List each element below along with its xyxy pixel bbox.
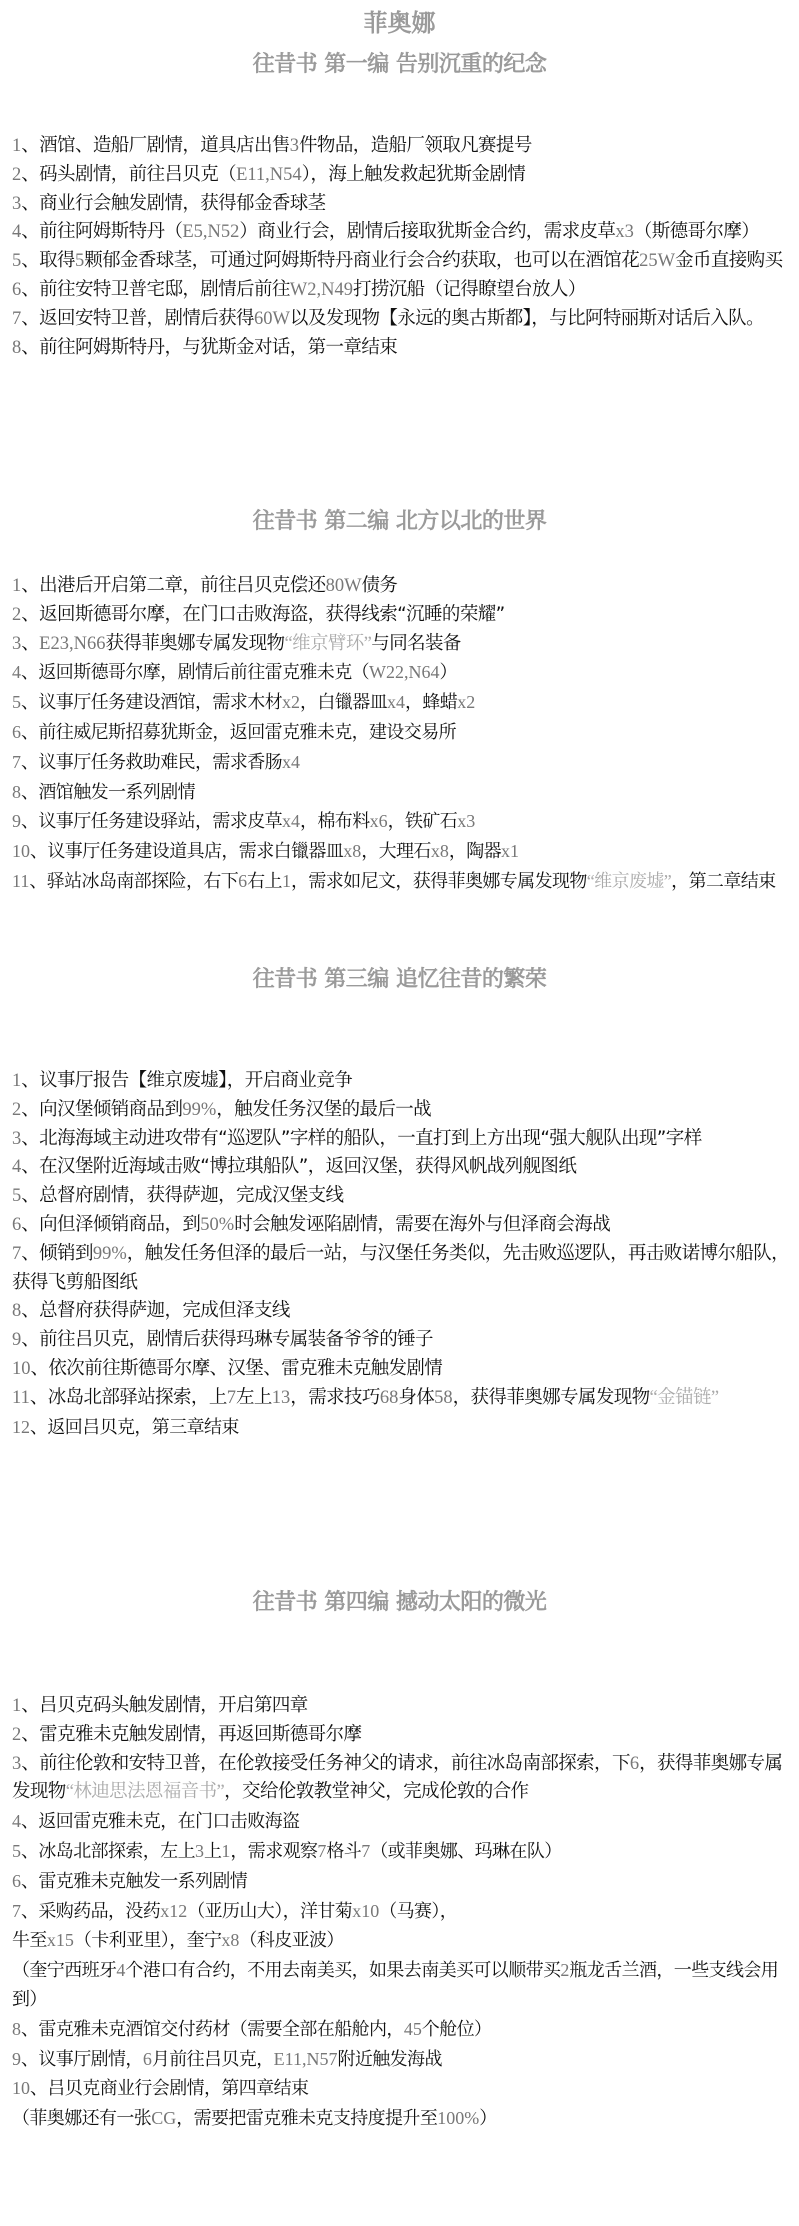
item-text: 月前往吕贝克， <box>152 2049 274 2070</box>
item-text: 、在汉堡附近海域击败“博拉琪船队”，返回汉堡，获得风帆战列舰图纸 <box>21 1156 576 1177</box>
numeric-value: 8 <box>12 782 21 802</box>
numeric-value: 7 <box>12 1901 21 1921</box>
numeric-value: 10 <box>12 2078 30 2098</box>
list-item: 6、前往威尼斯招募犹斯金，返回雷克雅未克，建设交易所 <box>12 718 798 748</box>
numeric-value: 12 <box>12 1417 30 1437</box>
section-title-4: 往昔书 第四编 撼动太阳的微光 <box>0 1588 799 1618</box>
numeric-value: 6 <box>238 871 247 891</box>
item-text: ，触发任务但泽的最后一站，与汉堡任务类似，先击败巡逻队，再击败诺博尔船队，获得飞… <box>12 1243 789 1293</box>
list-item: 5、总督府剧情，获得萨迦，完成汉堡支线 <box>12 1182 798 1211</box>
list-item: 2、雷克雅未克触发剧情，再返回斯德哥尔摩 <box>12 1721 798 1750</box>
item-text: （马赛）， <box>379 1901 457 1922</box>
list-item: 11、冰岛北部驿站探索，上7左上13，需求技巧68身体58，获得菲奥娜专属发现物… <box>12 1384 798 1413</box>
numeric-value: x4 <box>282 752 300 772</box>
numeric-value: x2 <box>282 692 300 712</box>
list-item: 1、酒馆、造船厂剧情，道具店出售3件物品，造船厂领取凡赛提号 <box>12 132 798 161</box>
numeric-value: 6 <box>12 722 21 742</box>
list-item: 1、出港后开启第二章，前往吕贝克偿还80W债务 <box>12 572 798 601</box>
numeric-value: 1 <box>12 1071 21 1091</box>
list-item: 3、前往伦敦和安特卫普，在伦敦接受任务神父的请求，前往冰岛南部探索，下6，获得菲… <box>12 1750 798 1808</box>
numeric-value: x4 <box>387 692 405 712</box>
item-text: ） <box>479 2108 496 2129</box>
item-text: 、议事厅任务救助难民，需求香肠 <box>21 752 282 773</box>
numeric-value: x15 <box>47 1930 74 1950</box>
numeric-value: 6 <box>12 1215 21 1235</box>
item-text: ，陶器 <box>449 841 501 862</box>
item-text: 、议事厅任务建设驿站，需求皮草 <box>21 811 282 832</box>
numeric-value: 10 <box>12 1359 31 1379</box>
item-text: 、返回吕贝克，第三章结束 <box>30 1417 239 1438</box>
item-text: 、前往吕贝克，剧情后获得玛琳专属装备爷爷的锤子 <box>21 1329 433 1350</box>
item-text: 、码头剧情，前往吕贝克（ <box>21 164 236 185</box>
item-text: 、采购药品，没药 <box>21 1901 160 1922</box>
numeric-value: E23,N66 <box>39 634 105 654</box>
item-text: 、议事厅报告【维京废墟】，开启商业竞争 <box>21 1070 352 1091</box>
section-items-2: 1、出港后开启第二章，前往吕贝克偿还80W债务2、返回斯德哥尔摩，在门口击败海盗… <box>12 572 798 897</box>
numeric-value: 3 <box>12 634 21 654</box>
item-text: 、酒馆触发一系列剧情 <box>21 782 195 803</box>
item-text: ），海上触发救起犹斯金剧情 <box>302 164 525 185</box>
numeric-value: 7 <box>12 1244 21 1264</box>
list-item: 4、返回斯德哥尔摩，剧情后前往雷克雅未克（W22,N64） <box>12 658 798 688</box>
item-text: ，蜂蜡 <box>405 692 457 713</box>
numeric-value: x8 <box>431 841 449 861</box>
item-text: 、商业行会触发剧情，获得郁金香球茎 <box>21 193 325 214</box>
numeric-value: 11 <box>12 871 29 891</box>
section-title-1: 往昔书 第一编 告别沉重的纪念 <box>0 50 799 80</box>
numeric-value: 1 <box>282 871 291 891</box>
item-text: 、吕贝克商业行会剧情，第四章结束 <box>30 2078 308 2099</box>
highlighted-item-name: “林迪思法恩福音书” <box>66 1782 224 1802</box>
item-text: （或菲奥娜、玛琳在队） <box>370 1841 561 1862</box>
list-item: 12、返回吕贝克，第三章结束 <box>12 1413 798 1443</box>
numeric-value: x3 <box>457 811 475 831</box>
list-item: 7、采购药品，没药x12（亚历山大），洋甘菊x10（马赛）， <box>12 1897 798 1927</box>
list-item: 8、酒馆触发一系列剧情 <box>12 778 798 808</box>
list-item: 牛至x15（卡利亚里），奎宁x8（科皮亚波） <box>12 1926 798 1956</box>
item-text: 、返回雷克雅未克，在门口击败海盗 <box>21 1811 299 1832</box>
list-item: 6、前往安特卫普宅邸，剧情后前往W2,N49打捞沉船（记得瞭望台放人） <box>12 276 798 305</box>
numeric-value: 5 <box>12 1186 21 1206</box>
page-title: 菲奥娜 <box>0 8 799 38</box>
item-text: 个舱位） <box>422 2019 492 2040</box>
item-text: 、出港后开启第二章，前往吕贝克偿还 <box>21 575 325 596</box>
item-text: 、前往伦敦和安特卫普，在伦敦接受任务神父的请求，前往冰岛南部探索，下 <box>21 1753 630 1774</box>
list-item: 5、取得5颗郁金香球茎，可通过阿姆斯特丹商业行会合约获取，也可以在酒馆花25W金… <box>12 247 798 276</box>
numeric-value: x8 <box>343 841 361 861</box>
numeric-value: E11,N57 <box>274 2049 338 2069</box>
numeric-value: 80W <box>326 576 362 596</box>
numeric-value: x10 <box>352 1901 379 1921</box>
item-text: 左上 <box>236 1387 272 1408</box>
item-text: 、总督府剧情，获得萨迦，完成汉堡支线 <box>21 1185 343 1206</box>
numeric-value: 8 <box>12 1301 21 1321</box>
item-text: ，白镴器皿 <box>300 692 387 713</box>
item-text: 、雷克雅未克触发一系列剧情 <box>21 1871 247 1892</box>
item-text: ，铁矿石 <box>388 811 458 832</box>
item-text: 、取得 <box>21 250 75 271</box>
item-text: 、向汉堡倾销商品到 <box>21 1099 182 1120</box>
item-text: （科皮亚波） <box>239 1930 343 1951</box>
numeric-value: 1 <box>12 136 21 156</box>
numeric-value: 3 <box>12 194 21 214</box>
numeric-value: 2 <box>12 605 21 625</box>
list-item: 7、倾销到99%，触发任务但泽的最后一站，与汉堡任务类似，先击败巡逻队，再击败诺… <box>12 1240 798 1298</box>
numeric-value: 6 <box>630 1754 639 1774</box>
numeric-value: x8 <box>221 1930 239 1950</box>
numeric-value: E11,N54 <box>236 165 302 185</box>
numeric-value: 5 <box>12 251 21 271</box>
numeric-value: W22,N64 <box>369 662 440 682</box>
numeric-value: W2,N49 <box>290 280 353 300</box>
list-item: 3、商业行会触发剧情，获得郁金香球茎 <box>12 190 798 219</box>
item-text: 、前往安特卫普宅邸，剧情后前往 <box>21 279 290 300</box>
numeric-value: 1 <box>12 1696 21 1716</box>
item-text: 、酒馆、造船厂剧情，道具店出售 <box>21 135 290 156</box>
item-text: 时会触发诬陷剧情，需要在海外与但泽商会海战 <box>234 1214 610 1235</box>
item-text: 、返回安特卫普，剧情后获得 <box>21 308 254 329</box>
numeric-value: E5,N52 <box>182 222 239 242</box>
item-text: ，需求观察 <box>230 1841 317 1862</box>
list-item: 5、议事厅任务建设酒馆，需求木材x2，白镴器皿x4，蜂蜡x2 <box>12 688 798 718</box>
item-text: 、北海海域主动进攻带有“巡逻队”字样的船队，一直打到上方出现“强大舰队出现”字样 <box>21 1128 701 1149</box>
item-text: ，获得菲奥娜专属发现物 <box>453 1387 650 1408</box>
list-item: 8、前往阿姆斯特丹，与犹斯金对话，第一章结束 <box>12 334 798 363</box>
numeric-value: 5 <box>12 692 21 712</box>
item-text: ，需求技巧 <box>290 1387 380 1408</box>
item-text: ，需求如尼文，获得菲奥娜专属发现物 <box>291 871 587 892</box>
item-text: ，大理石 <box>361 841 431 862</box>
list-item: 5、冰岛北部探索，左上3上1，需求观察7格斗7（或菲奥娜、玛琳在队） <box>12 1837 798 1867</box>
numeric-value: 25W <box>639 251 675 271</box>
item-text: 、议事厅任务建设酒馆，需求木材 <box>21 692 282 713</box>
highlighted-item-name: “维京废墟” <box>587 871 671 891</box>
numeric-value: 99% <box>93 1244 127 1264</box>
list-item: 4、在汉堡附近海域击败“博拉琪船队”，返回汉堡，获得风帆战列舰图纸 <box>12 1153 798 1182</box>
numeric-value: x1 <box>501 841 519 861</box>
item-text: 附近触发海战 <box>337 2049 441 2070</box>
list-item: 10、吕贝克商业行会剧情，第四章结束 <box>12 2074 798 2104</box>
numeric-value: 5 <box>12 1841 21 1861</box>
list-item: 9、议事厅任务建设驿站，需求皮草x4，棉布料x6，铁矿石x3 <box>12 807 798 837</box>
item-text: 以及发现物【永远的奥古斯都】，与比阿特丽斯对话后入队。 <box>290 308 764 329</box>
numeric-value: 2 <box>12 1725 21 1745</box>
numeric-value: 4 <box>12 222 21 242</box>
list-item: 8、雷克雅未克酒馆交付药材（需要全部在船舱内，45个舱位） <box>12 2015 798 2045</box>
item-text: 、前往阿姆斯特丹（ <box>21 221 182 242</box>
item-text: 、倾销到 <box>21 1243 93 1264</box>
list-item: 11、驿站冰岛南部探险，右下6右上1，需求如尼文，获得菲奥娜专属发现物“维京废墟… <box>12 867 798 897</box>
list-item: 7、议事厅任务救助难民，需求香肠x4 <box>12 748 798 778</box>
numeric-value: CG <box>151 2108 176 2128</box>
numeric-value: 58 <box>434 1388 453 1408</box>
item-text: 、前往威尼斯招募犹斯金，返回雷克雅未克，建设交易所 <box>21 722 456 743</box>
numeric-value: 60W <box>254 309 290 329</box>
numeric-value: 9 <box>12 811 21 831</box>
list-item: 8、总督府获得萨迦，完成但泽支线 <box>12 1297 798 1326</box>
item-text: 获得菲奥娜专属发现物 <box>105 633 284 654</box>
item-text: ，触发任务汉堡的最后一战 <box>216 1099 431 1120</box>
list-item: （菲奥娜还有一张CG，需要把雷克雅未克支持度提升至100%） <box>12 2104 798 2134</box>
section-items-4: 1、吕贝克码头触发剧情，开启第四章2、雷克雅未克触发剧情，再返回斯德哥尔摩3、前… <box>12 1692 798 2134</box>
list-item: 6、向但泽倾销商品，到50%时会触发诬陷剧情，需要在海外与但泽商会海战 <box>12 1211 798 1240</box>
numeric-value: 3 <box>12 1754 21 1774</box>
list-item: 3、E23,N66获得菲奥娜专属发现物“维京臂环”与同名装备 <box>12 630 798 659</box>
item-text: ）商业行会，剧情后接取犹斯金合约，需求皮草 <box>239 221 615 242</box>
list-item: 4、前往阿姆斯特丹（E5,N52）商业行会，剧情后接取犹斯金合约，需求皮草x3（… <box>12 218 798 247</box>
item-text: 、吕贝克码头触发剧情，开启第四章 <box>21 1695 307 1716</box>
item-text: 个港口有合约，不用去南美买，如果去南美买可以顺带买 <box>125 1960 560 1981</box>
list-item: 9、议事厅剧情，6月前往吕贝克，E11,N57附近触发海战 <box>12 2045 798 2075</box>
item-text: ，第二章结束 <box>671 871 775 892</box>
item-text: （亚历山大），洋甘菊 <box>187 1901 352 1922</box>
item-text: 、议事厅剧情， <box>21 2049 143 2070</box>
list-item: 7、返回安特卫普，剧情后获得60W以及发现物【永远的奥古斯都】，与比阿特丽斯对话… <box>12 305 798 334</box>
item-text: 债务 <box>362 575 398 596</box>
section-items-3: 1、议事厅报告【维京废墟】，开启商业竞争2、向汉堡倾销商品到99%，触发任务汉堡… <box>12 1067 798 1442</box>
list-item: 1、吕贝克码头触发剧情，开启第四章 <box>12 1692 798 1721</box>
numeric-value: 3 <box>195 1841 204 1861</box>
item-text: 、依次前往斯德哥尔摩、汉堡、雷克雅未克触发剧情 <box>31 1358 443 1379</box>
numeric-value: 6 <box>12 280 21 300</box>
item-text: 身体 <box>398 1387 434 1408</box>
item-text: （奎宁西班牙 <box>12 1960 116 1981</box>
numeric-value: 8 <box>12 2019 21 2039</box>
numeric-value: 7 <box>227 1388 236 1408</box>
item-text: ，交给伦敦教堂神父，完成伦敦的合作 <box>224 1781 528 1802</box>
list-item: 2、向汉堡倾销商品到99%，触发任务汉堡的最后一战 <box>12 1096 798 1125</box>
numeric-value: 7 <box>12 309 21 329</box>
numeric-value: 45 <box>404 2019 422 2039</box>
item-text: ，需要把雷克雅未克支持度提升至 <box>176 2108 437 2129</box>
item-text: （卡利亚里），奎宁 <box>74 1930 222 1951</box>
list-item: 1、议事厅报告【维京废墟】，开启商业竞争 <box>12 1067 798 1096</box>
numeric-value: x4 <box>282 811 300 831</box>
item-text: （斯德哥尔摩） <box>634 221 759 242</box>
item-text: 、议事厅任务建设道具店，需求白镴器皿 <box>30 841 343 862</box>
item-text: 与同名装备 <box>371 633 461 654</box>
item-text: 、冰岛北部探索，左上 <box>21 1841 195 1862</box>
list-item: 3、北海海域主动进攻带有“巡逻队”字样的船队，一直打到上方出现“强大舰队出现”字… <box>12 1125 798 1154</box>
numeric-value: x2 <box>457 692 475 712</box>
numeric-value: 8 <box>12 338 21 358</box>
highlighted-item-name: “金锚链” <box>650 1388 719 1408</box>
item-text: 件物品，造船厂领取凡赛提号 <box>299 135 532 156</box>
item-text: ，棉布料 <box>300 811 370 832</box>
numeric-value: x12 <box>160 1901 187 1921</box>
section-title-2: 往昔书 第二编 北方以北的世界 <box>0 507 799 537</box>
numeric-value: 13 <box>272 1388 291 1408</box>
numeric-value: 1 <box>12 576 21 596</box>
numeric-value: 2 <box>12 1100 21 1120</box>
highlighted-item-name: “维京臂环” <box>284 634 371 654</box>
item-text: 、驿站冰岛南部探险，右下 <box>29 871 238 892</box>
numeric-value: 68 <box>380 1388 399 1408</box>
item-text: 颗郁金香球茎，可通过阿姆斯特丹商业行会合约获取，也可以在酒馆花 <box>84 250 639 271</box>
numeric-value: 6 <box>12 1871 21 1891</box>
numeric-value: 100% <box>437 2108 479 2128</box>
section-items-1: 1、酒馆、造船厂剧情，道具店出售3件物品，造船厂领取凡赛提号2、码头剧情，前往吕… <box>12 132 798 362</box>
item-text: ） <box>440 662 457 683</box>
numeric-value: 50% <box>200 1215 234 1235</box>
item-text: 、返回斯德哥尔摩，剧情后前往雷克雅未克（ <box>21 662 369 683</box>
numeric-value: 9 <box>12 2049 21 2069</box>
item-text: 金币直接购买 <box>675 250 782 271</box>
item-text: 、 <box>21 633 39 654</box>
list-item: 6、雷克雅未克触发一系列剧情 <box>12 1867 798 1897</box>
numeric-value: 10 <box>12 841 30 861</box>
numeric-value: 9 <box>12 1330 21 1350</box>
list-item: 9、前往吕贝克，剧情后获得玛琳专属装备爷爷的锤子 <box>12 1326 798 1355</box>
numeric-value: 7 <box>12 752 21 772</box>
item-text: （菲奥娜还有一张 <box>12 2108 151 2129</box>
numeric-value: 3 <box>290 136 299 156</box>
list-item: 4、返回雷克雅未克，在门口击败海盗 <box>12 1807 798 1837</box>
numeric-value: 99% <box>182 1100 216 1120</box>
item-text: 、向但泽倾销商品，到 <box>21 1214 200 1235</box>
item-text: 牛至 <box>12 1930 47 1951</box>
list-item: 2、返回斯德哥尔摩，在门口击败海盗，获得线索“沉睡的荣耀” <box>12 601 798 630</box>
item-text: 右上 <box>247 871 282 892</box>
numeric-value: 2 <box>12 165 21 185</box>
item-text: 格斗 <box>326 1841 361 1862</box>
numeric-value: 7 <box>361 1841 370 1861</box>
item-text: 、总督府获得萨迦，完成但泽支线 <box>21 1300 290 1321</box>
item-text: 、雷克雅未克触发剧情，再返回斯德哥尔摩 <box>21 1724 361 1745</box>
item-text: 上 <box>204 1841 221 1862</box>
numeric-value: 4 <box>12 662 21 682</box>
numeric-value: x6 <box>370 811 388 831</box>
numeric-value: 4 <box>12 1157 21 1177</box>
numeric-value: 4 <box>12 1811 21 1831</box>
numeric-value: 6 <box>143 2049 152 2069</box>
item-text: 、冰岛北部驿站探索，上 <box>30 1387 227 1408</box>
list-item: 10、议事厅任务建设道具店，需求白镴器皿x8，大理石x8，陶器x1 <box>12 837 798 867</box>
list-item: 10、依次前往斯德哥尔摩、汉堡、雷克雅未克触发剧情 <box>12 1355 798 1384</box>
list-item: （奎宁西班牙4个港口有合约，不用去南美买，如果去南美买可以顺带买2瓶龙舌兰酒，一… <box>12 1956 798 2015</box>
item-text: 、前往阿姆斯特丹，与犹斯金对话，第一章结束 <box>21 337 397 358</box>
item-text: 打捞沉船（记得瞭望台放人） <box>353 279 586 300</box>
numeric-value: x3 <box>615 222 634 242</box>
item-text: 、雷克雅未克酒馆交付药材（需要全部在船舱内， <box>21 2019 404 2040</box>
list-item: 2、码头剧情，前往吕贝克（E11,N54），海上触发救起犹斯金剧情 <box>12 161 798 190</box>
numeric-value: 11 <box>12 1388 30 1408</box>
numeric-value: 3 <box>12 1129 21 1149</box>
section-title-3: 往昔书 第三编 追忆往昔的繁荣 <box>0 965 799 995</box>
numeric-value: 5 <box>75 251 84 271</box>
item-text: 、返回斯德哥尔摩，在门口击败海盗，获得线索“沉睡的荣耀” <box>21 604 504 625</box>
